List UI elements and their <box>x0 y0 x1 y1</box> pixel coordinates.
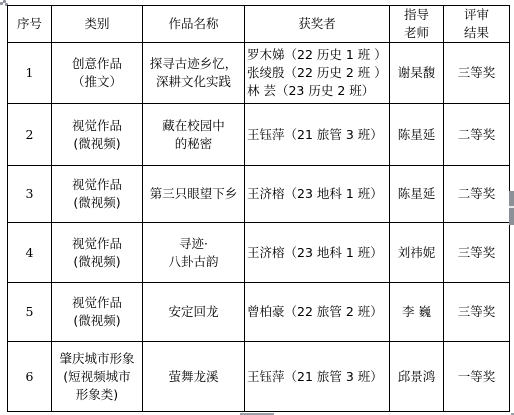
cell-result: 三等奖 <box>444 223 510 283</box>
cell-winners: 曾柏豪（22 旅管 2 班） <box>245 283 390 342</box>
winner-line: 罗木娣（22 历史 1 班 ） <box>247 46 387 64</box>
cell-work-title: 安定回龙 <box>143 283 245 342</box>
cell-advisor: 陈星延 <box>390 166 444 223</box>
table-row: 5 视觉作品 (微视频) 安定回龙 曾柏豪（22 旅管 2 班） 李 巍 三等奖 <box>8 283 510 342</box>
header-work-title: 作品名称 <box>143 6 245 43</box>
table-resize-handle-right[interactable] <box>509 191 514 225</box>
cell-seq: 3 <box>8 166 52 223</box>
header-advisor: 指导 老师 <box>390 6 444 43</box>
cell-winners: 罗木娣（22 历史 1 班 ） 张绫殷（22 历史 2 班 ） 林 芸（23 历… <box>245 43 390 104</box>
cell-advisor: 谢杲馥 <box>390 43 444 104</box>
work-title-line: 第三只眼望下乡 <box>145 185 242 203</box>
cell-winners: 王济榕（23 地科 1 班） <box>245 166 390 223</box>
cell-result: 三等奖 <box>444 43 510 104</box>
category-line: (微视频) <box>54 194 140 212</box>
work-title-line: 安定回龙 <box>145 303 242 321</box>
category-line: 视觉作品 <box>54 294 140 312</box>
category-line: 视觉作品 <box>54 117 140 135</box>
cell-advisor: 陈星延 <box>390 104 444 166</box>
winner-line: 王钰萍（21 旅管 3 班） <box>247 368 387 386</box>
table-row: 6 肇庆城市形象 (短视频城市 形象类) 萤舞龙溪 王钰萍（21 旅管 3 班）… <box>8 342 510 412</box>
cell-category: 视觉作品 (微视频) <box>52 283 143 342</box>
work-title-line: 八卦古韵 <box>145 253 242 271</box>
work-title-line: 深耕文化实践 <box>145 73 242 91</box>
cell-work-title: 第三只眼望下乡 <box>143 166 245 223</box>
cell-work-title: 萤舞龙溪 <box>143 342 245 412</box>
cell-category: 视觉作品 (微视频) <box>52 223 143 283</box>
cell-advisor: 刘祎妮 <box>390 223 444 283</box>
work-title-line: 探寻古迹乡忆， <box>145 55 242 73</box>
winner-line: 王济榕（23 地科 1 班） <box>247 244 387 262</box>
category-line: （推文） <box>54 73 140 91</box>
cell-advisor: 李 巍 <box>390 283 444 342</box>
cell-winners: 王钰萍（21 旅管 3 班） <box>245 342 390 412</box>
cell-seq: 2 <box>8 104 52 166</box>
winner-line: 王济榕（23 地科 1 班） <box>247 185 387 203</box>
work-title-line: 寻迹· <box>145 235 242 253</box>
header-advisor-line2: 老师 <box>392 24 441 42</box>
cell-category: 视觉作品 (微视频) <box>52 166 143 223</box>
header-advisor-line1: 指导 <box>392 6 441 24</box>
awards-table: 序号 类别 作品名称 获奖者 指导 老师 评审 结果 1 创意作品 <box>7 5 510 412</box>
cell-category: 视觉作品 (微视频) <box>52 104 143 166</box>
category-line: 形象类) <box>54 386 140 404</box>
category-line: (微视频) <box>54 253 140 271</box>
header-seq: 序号 <box>8 6 52 43</box>
table-row: 4 视觉作品 (微视频) 寻迹· 八卦古韵 王济榕（23 地科 1 班） 刘祎妮… <box>8 223 510 283</box>
document-page: 序号 类别 作品名称 获奖者 指导 老师 评审 结果 1 创意作品 <box>0 0 514 415</box>
category-line: (微视频) <box>54 312 140 330</box>
cell-work-title: 寻迹· 八卦古韵 <box>143 223 245 283</box>
cell-work-title: 探寻古迹乡忆， 深耕文化实践 <box>143 43 245 104</box>
cell-result: 二等奖 <box>444 166 510 223</box>
cell-result: 三等奖 <box>444 283 510 342</box>
category-line: 视觉作品 <box>54 176 140 194</box>
cell-seq: 4 <box>8 223 52 283</box>
winner-line: 王钰萍（21 旅管 3 班） <box>247 126 387 144</box>
header-result: 评审 结果 <box>444 6 510 43</box>
category-line: 肇庆城市形象 <box>54 350 140 368</box>
work-title-line: 藏在校园中 <box>145 117 242 135</box>
category-line: 创意作品 <box>54 55 140 73</box>
cell-category: 肇庆城市形象 (短视频城市 形象类) <box>52 342 143 412</box>
work-title-line: 萤舞龙溪 <box>145 368 242 386</box>
header-row: 序号 类别 作品名称 获奖者 指导 老师 评审 结果 <box>8 6 510 43</box>
header-category: 类别 <box>52 6 143 43</box>
cell-result: 二等奖 <box>444 104 510 166</box>
winner-line: 林 芸（23 历史 2 班） <box>247 82 387 100</box>
winner-line: 曾柏豪（22 旅管 2 班） <box>247 303 387 321</box>
cell-seq: 1 <box>8 43 52 104</box>
cell-advisor: 邱景鸿 <box>390 342 444 412</box>
cell-category: 创意作品 （推文） <box>52 43 143 104</box>
winner-line: 张绫殷（22 历史 2 班 ） <box>247 64 387 82</box>
header-winners: 获奖者 <box>245 6 390 43</box>
table-row: 2 视觉作品 (微视频) 藏在校园中 的秘密 王钰萍（21 旅管 3 班） 陈星… <box>8 104 510 166</box>
category-line: (短视频城市 <box>54 368 140 386</box>
cell-seq: 5 <box>8 283 52 342</box>
table-row: 3 视觉作品 (微视频) 第三只眼望下乡 王济榕（23 地科 1 班） 陈星延 … <box>8 166 510 223</box>
header-result-line1: 评审 <box>446 6 507 24</box>
work-title-line: 的秘密 <box>145 135 242 153</box>
cell-winners: 王钰萍（21 旅管 3 班） <box>245 104 390 166</box>
cell-winners: 王济榕（23 地科 1 班） <box>245 223 390 283</box>
cell-work-title: 藏在校园中 的秘密 <box>143 104 245 166</box>
cell-seq: 6 <box>8 342 52 412</box>
header-result-line2: 结果 <box>446 24 507 42</box>
table-row: 1 创意作品 （推文） 探寻古迹乡忆， 深耕文化实践 罗木娣（22 历史 1 班… <box>8 43 510 104</box>
category-line: 视觉作品 <box>54 235 140 253</box>
cell-result: 一等奖 <box>444 342 510 412</box>
category-line: (微视频) <box>54 135 140 153</box>
